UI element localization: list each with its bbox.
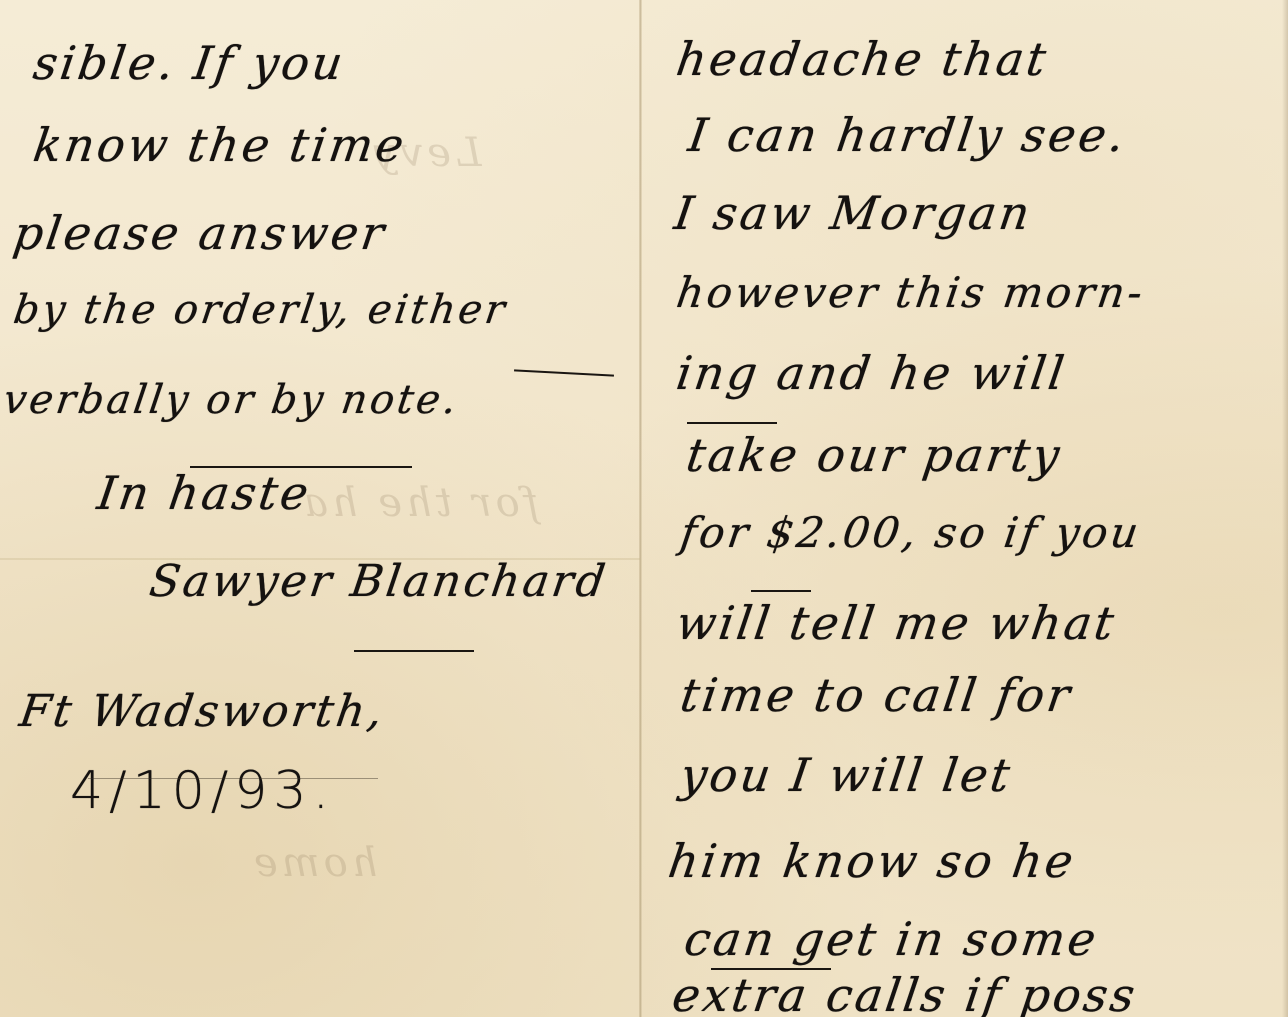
underline-mark (514, 369, 614, 376)
underline-mark (687, 422, 777, 424)
letter-line: take our party (684, 432, 1065, 478)
left-page: Levy for the ha home sible. If you know … (0, 0, 640, 1017)
letter-line: sible. If you (31, 40, 349, 86)
right-page: headache that I can hardly see. I saw Mo… (641, 0, 1288, 1017)
place-name: Ft Wadsworth, (17, 690, 388, 734)
date-underline (88, 778, 378, 779)
signature: Sawyer Blanchard (147, 560, 611, 604)
bleed-through-text: for the ha (300, 480, 539, 526)
letter-line: headache that (674, 36, 1052, 82)
letter-line: however this morn- (674, 272, 1148, 314)
letter-line: I saw Morgan (672, 190, 1036, 236)
letter-line: for $2.00, so if you (678, 512, 1144, 554)
underline-mark (751, 590, 811, 592)
letter-line: know the time (31, 122, 410, 168)
horizontal-crease (0, 558, 640, 560)
letter-line: verbally or by note. (1, 380, 462, 420)
letter-line: extra calls if poss (670, 972, 1141, 1017)
letter-closing: In haste (95, 470, 314, 516)
underline-mark (354, 650, 474, 652)
letter-line: by the orderly, either (11, 290, 510, 330)
letter-line: can get in some (682, 916, 1102, 962)
letter-sheet: Levy for the ha home sible. If you know … (0, 0, 1288, 1017)
paper-edge (1282, 0, 1288, 1017)
letter-line: please answer (11, 210, 390, 256)
letter-line: will tell me what (674, 600, 1120, 646)
letter-date: 4/10/93. (70, 765, 335, 817)
letter-line: ing and he will (674, 350, 1070, 396)
letter-line: him know so he (666, 838, 1079, 884)
letter-line: I can hardly see. (686, 112, 1130, 158)
bleed-through-text: home (250, 840, 377, 886)
letter-line: you I will let (678, 752, 1016, 798)
underline-mark (190, 466, 412, 468)
letter-line: time to call for (678, 672, 1076, 718)
